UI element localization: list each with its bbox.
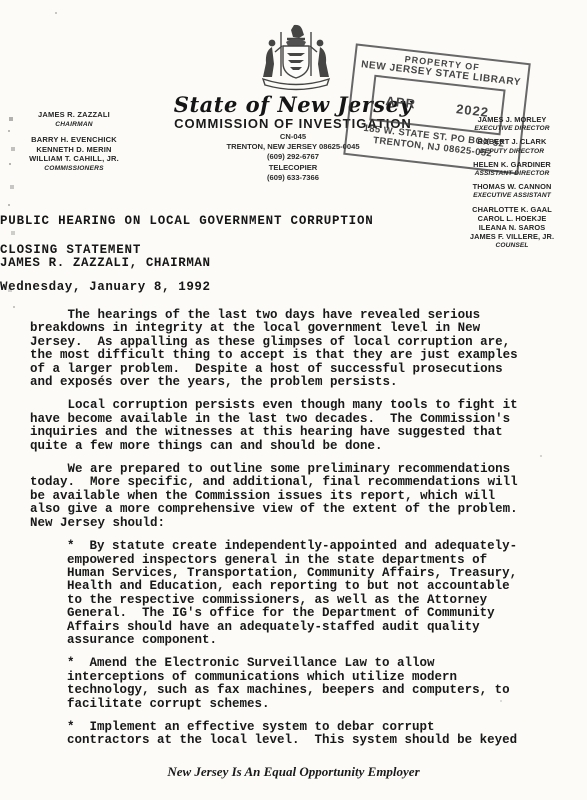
scan-noise-specks [0,0,2,2]
scanned-document-page: JAMES R. ZAZZALI CHAIRMAN BARRY H. EVENC… [0,0,587,800]
body-bullet-item: * Amend the Electronic Surveillance Law … [67,657,575,711]
staff-entry: HELEN K. GARDINER ASSISTANT DIRECTOR [441,160,583,178]
chairman-name: JAMES R. ZAZZALI [8,110,140,120]
equal-opportunity-footer: New Jersey Is An Equal Opportunity Emplo… [0,764,587,780]
body-paragraph: The hearings of the last two days have r… [30,309,575,389]
body-paragraph: We are prepared to outline some prelimin… [30,463,575,530]
staff-entry: THOMAS W. CANNON EXECUTIVE ASSISTANT [441,182,583,200]
staff-name: THOMAS W. CANNON [441,182,583,191]
counsel-name: JAMES F. VILLERE, JR. [441,232,583,241]
new-jersey-state-seal-icon [246,22,346,102]
staff-title: ASSISTANT DIRECTOR [441,169,583,178]
letterhead-right-officials: JAMES J. MORLEY EXECUTIVE DIRECTOR ROBER… [441,115,583,251]
staff-title: EXECUTIVE DIRECTOR [441,124,583,133]
body-paragraph: Local corruption persists even though ma… [30,399,575,453]
staff-name: ROBERT J. CLARK [441,137,583,146]
counsel-name: ILEANA N. SAROS [441,223,583,232]
document-body: The hearings of the last two days have r… [30,309,575,758]
staff-entry: ROBERT J. CLARK DEPUTY DIRECTOR [441,137,583,155]
commissioners-title: COMMISSIONERS [8,164,140,174]
document-subheading-2: JAMES R. ZAZZALI, CHAIRMAN [0,256,587,270]
staff-entry: JAMES J. MORLEY EXECUTIVE DIRECTOR [441,115,583,133]
staff-name: JAMES J. MORLEY [441,115,583,124]
staff-title: DEPUTY DIRECTOR [441,147,583,156]
counsel-name: CHARLOTTE K. GAAL [441,205,583,214]
body-bullet-item: * Implement an effective system to debar… [67,721,575,748]
letterhead-left-officials: JAMES R. ZAZZALI CHAIRMAN BARRY H. EVENC… [8,110,140,174]
commissioner-name: KENNETH D. MERIN [8,145,140,155]
telecopier-label: TELECOPIER [178,163,408,173]
stamp-date-month: APR [385,93,417,111]
body-bullet-item: * By statute create independently-appoin… [67,540,575,647]
staff-name: HELEN K. GARDINER [441,160,583,169]
counsel-title: COUNSEL [441,241,583,250]
document-date: Wednesday, January 8, 1992 [0,280,587,294]
telecopier-number: (609) 633-7366 [178,173,408,183]
counsel-name: CAROL L. HOEKJE [441,214,583,223]
chairman-title: CHAIRMAN [8,120,140,130]
commissioner-name: BARRY H. EVENCHICK [8,135,140,145]
staff-title: EXECUTIVE ASSISTANT [441,191,583,200]
commissioner-name: WILLIAM T. CAHILL, JR. [8,154,140,164]
